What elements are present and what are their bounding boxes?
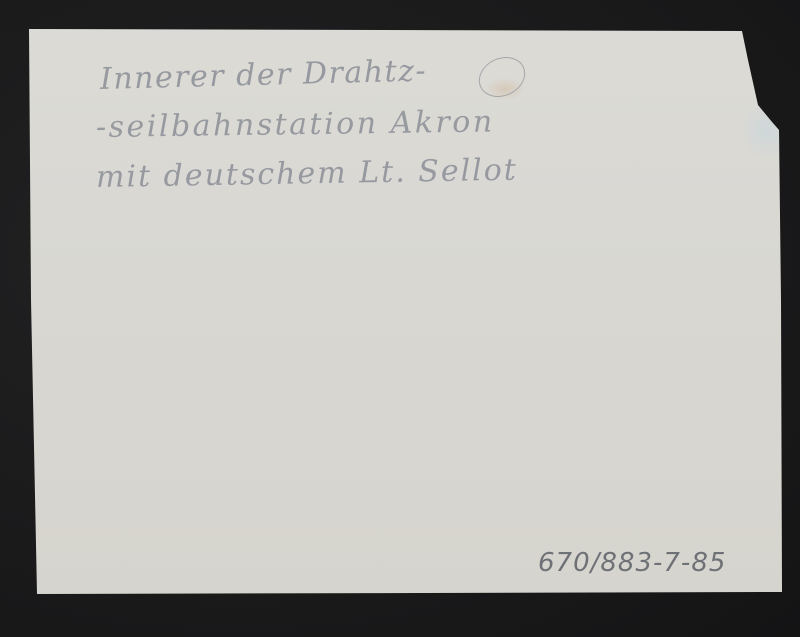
catalog-number: 670/883-7-85	[538, 548, 726, 578]
handwritten-caption-line-3: mit deutschem Lt. Sellot	[96, 153, 518, 195]
photo-card-back: Innerer der Drahtz- -seilbahnstation Akr…	[0, 0, 800, 637]
handwritten-caption-line-2: -seilbahnstation Akron	[96, 104, 495, 145]
handwritten-caption-line-1: Innerer der Drahtz-	[100, 53, 428, 97]
circled-letter-mark	[472, 50, 532, 105]
